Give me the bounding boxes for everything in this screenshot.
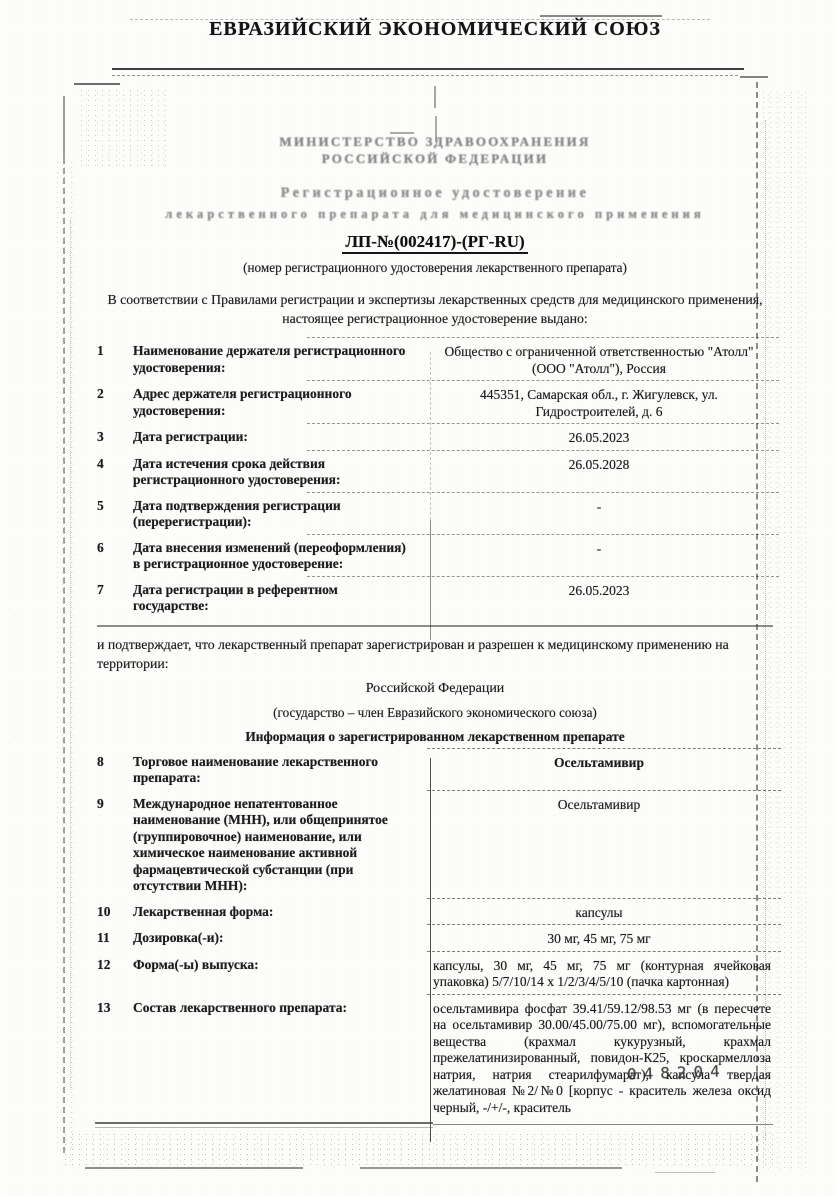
field-label: Адрес держателя регистрационного удостов…: [133, 386, 425, 420]
page-border-left: [63, 158, 65, 1153]
field-number: 1: [97, 343, 133, 377]
field-value: 26.05.2023: [425, 429, 773, 447]
page-border-bottom: [655, 1172, 715, 1173]
field-row: 4 Дата истечения срока действия регистра…: [97, 451, 773, 493]
field-value: 26.05.2028: [425, 456, 773, 474]
page-border-bottom: [85, 1167, 303, 1169]
field-number: 7: [97, 582, 133, 615]
territory-name: Российской Федерации: [97, 681, 773, 697]
field-number: 5: [97, 498, 133, 531]
page-border-bottom: [360, 1167, 622, 1169]
field-value: капсулы, 30 мг, 45 мг, 75 мг (контурная …: [425, 957, 773, 991]
document-type-line1: Регистрационное удостоверение: [97, 185, 773, 202]
product-info-title: Информация о зарегистрированном лекарств…: [97, 729, 773, 745]
registration-number: ЛП-№(002417)-(РГ-RU): [97, 232, 773, 252]
field-value: 30 мг, 45 мг, 75 мг: [425, 930, 773, 948]
field-value: Осельтамивир: [425, 796, 773, 814]
field-number: 8: [97, 754, 133, 787]
field-row: 7 Дата регистрации в референтном государ…: [97, 577, 773, 619]
field-number: 10: [97, 904, 133, 922]
field-number: 4: [97, 456, 133, 489]
field-label: Дата подтверждения регистрации (перереги…: [133, 498, 425, 531]
field-row: 2 Адрес держателя регистрационного удост…: [97, 381, 773, 424]
field-label: Торговое наименование лекарственного пре…: [133, 754, 425, 787]
field-value: осельтамивира фосфат 39.41/59.12/98.53 м…: [425, 1000, 773, 1117]
confirmation-text: и подтверждает, что лекарственный препар…: [97, 625, 773, 673]
product-fields-table: 8 Торговое наименование лекарственного п…: [97, 749, 773, 1121]
field-label: Состав лекарственного препарата:: [133, 1000, 425, 1117]
field-value: -: [425, 540, 773, 558]
field-label: Лекарственная форма:: [133, 904, 425, 922]
field-row: 12 Форма(-ы) выпуска: капсулы, 30 мг, 45…: [97, 952, 773, 995]
emblem-area: [97, 41, 773, 115]
field-number: 13: [97, 1000, 133, 1117]
page-border-left-inner: [70, 220, 71, 1090]
union-title: ЕВРАЗИЙСКИЙ ЭКОНОМИЧЕСКИЙ СОЮЗ: [97, 18, 773, 41]
field-label: Форма(-ы) выпуска:: [133, 957, 425, 991]
territory-caption: (государство – член Евразийского экономи…: [97, 705, 773, 721]
scan-noise: [62, 1132, 774, 1166]
field-value: -: [425, 498, 773, 516]
field-value: Общество с ограниченной ответственностью…: [425, 343, 773, 377]
field-number: 11: [97, 930, 133, 948]
certificate-page: ЕВРАЗИЙСКИЙ ЭКОНОМИЧЕСКИЙ СОЮЗ МИНИСТЕРС…: [0, 0, 836, 1196]
scan-noise: [54, 160, 76, 1150]
page-border-bottom: [95, 1122, 433, 1128]
field-label: Наименование держателя регистрационного …: [133, 343, 425, 377]
field-label: Дата регистрации в референтном государст…: [133, 582, 425, 615]
field-value: Осельтамивир: [425, 754, 773, 772]
field-row: 5 Дата подтверждения регистрации (перере…: [97, 493, 773, 535]
field-number: 2: [97, 386, 133, 420]
field-row: 1 Наименование держателя регистрационног…: [97, 338, 773, 381]
field-number: 12: [97, 957, 133, 991]
field-value: 445351, Самарская обл., г. Жигулевск, ул…: [425, 386, 773, 420]
document-type-line2: лекарственного препарата для медицинског…: [97, 207, 773, 222]
document-content: ЕВРАЗИЙСКИЙ ЭКОНОМИЧЕСКИЙ СОЮЗ МИНИСТЕРС…: [97, 18, 773, 1120]
registration-number-caption: (номер регистрационного удостоверения ле…: [97, 260, 773, 276]
field-number: 3: [97, 429, 133, 447]
field-value: капсулы: [425, 904, 773, 922]
field-label: Международное непатентованное наименован…: [133, 796, 425, 895]
field-row: 13 Состав лекарственного препарата: осел…: [97, 995, 773, 1121]
field-row: 6 Дата внесения изменений (переоформлени…: [97, 535, 773, 577]
field-number: 6: [97, 540, 133, 573]
ministry-name-line2: РОССИЙСКОЙ ФЕДЕРАЦИИ: [97, 150, 773, 167]
field-row: 8 Торговое наименование лекарственного п…: [97, 749, 773, 791]
field-label: Дозировка(-и):: [133, 930, 425, 948]
field-label: Дата истечения срока действия регистраци…: [133, 456, 425, 489]
field-value: 26.05.2023: [425, 582, 773, 600]
page-border-left: [63, 96, 65, 158]
field-label: Дата внесения изменений (переоформления)…: [133, 540, 425, 573]
ministry-name-line1: МИНИСТЕРСТВО ЗДРАВООХРАНЕНИЯ: [97, 133, 773, 150]
intro-paragraph: В соответствии с Правилами регистрации и…: [97, 290, 773, 328]
field-row: 11 Дозировка(-и): 30 мг, 45 мг, 75 мг: [97, 925, 773, 952]
field-row: 3 Дата регистрации: 26.05.2023: [97, 424, 773, 451]
field-number: 9: [97, 796, 133, 895]
scan-artifact-line: [540, 15, 662, 17]
field-label: Дата регистрации:: [133, 429, 425, 447]
page-border-bottom: [433, 1124, 773, 1125]
field-row: 9 Международное непатентованное наименов…: [97, 791, 773, 899]
registration-fields-table: 1 Наименование держателя регистрационног…: [97, 338, 773, 619]
field-row: 10 Лекарственная форма: капсулы: [97, 899, 773, 926]
